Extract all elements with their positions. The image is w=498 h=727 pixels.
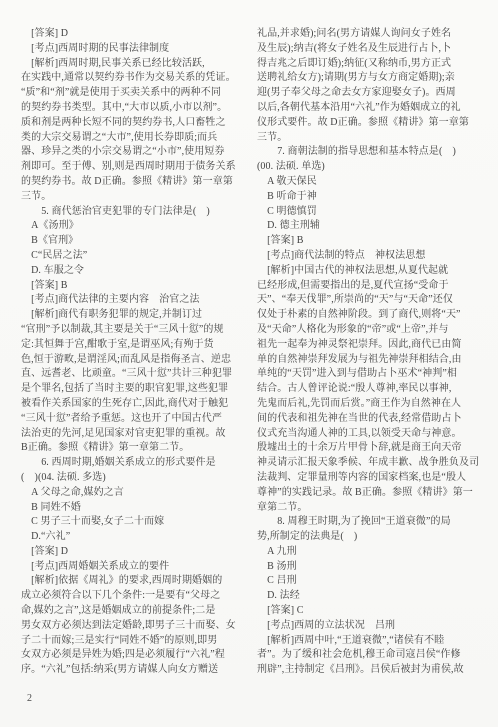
text-line: 殷墟出土的十余万片甲骨卜辞,就是商王向天帝: [257, 441, 487, 456]
text-line: [解析]中国古代的神权法思想,从夏代起就: [257, 264, 487, 279]
text-line: D. 车服之令: [21, 264, 251, 279]
text-line: [解析]西周中叶,“王道衰微”,“诸侯有不睦: [257, 634, 487, 649]
text-line: 剂即可。至于傅、别,则是西周时期用于债务关系: [21, 160, 251, 175]
text-line: 8. 周穆王时期,为了挽回“王道衰微”的局: [257, 515, 487, 530]
text-line: [考点]商代法制的特点 神权法思想: [257, 249, 487, 264]
book-page: [答案] D [考点]西周时期的民事法律制度 [解析]西周时期,民事关系已经比较…: [0, 0, 498, 727]
text-line: B正确。参照《精讲》第一章第二节。: [21, 441, 251, 456]
text-line: 结合。古人曾评论说:“殷人尊神,率民以事神,: [257, 382, 487, 397]
text-line: 祖先一起奉为神灵祭祀崇拜。因此,商代已由简: [257, 338, 487, 353]
text-line: A 敬天保民: [257, 175, 487, 190]
text-line: [答案] D: [21, 545, 251, 560]
text-line: 6. 西周时期,婚姻关系成立的形式要件是: [21, 456, 251, 471]
text-line: [考点]西周的立法状况 吕刑: [257, 619, 487, 634]
text-line: [解析]西周时期,民事关系已经比较活跃,: [21, 57, 251, 72]
text-line: 尊神”的实践记录。故 B正确。参照《精讲》第一: [257, 486, 487, 501]
text-line: 成立必须符合以下几个条件:一是要有“父母之: [21, 589, 251, 604]
text-line: [解析]依据《周礼》的要求,西周时期婚姻的: [21, 574, 251, 589]
text-line: 定:其恒舞于宫,酣歌于室,是谓巫风;有殉于货: [21, 338, 251, 353]
text-line: 命,媒妁之言”,这是婚姻成立的前提条件;二是: [21, 604, 251, 619]
text-line: 三节。: [21, 190, 251, 205]
text-line: 神灵请示汇报天象季候、年成丰歉、战争胜负及司: [257, 456, 487, 471]
text-line: A 父母之命,媒妁之言: [21, 486, 251, 501]
text-line: C 男子三十而娶,女子二十而嫁: [21, 515, 251, 530]
text-column-right: 礼品,并求婚);问名(男方请媒人询问女子姓名及生辰);纳吉(将女子姓名及生辰进行…: [257, 27, 487, 678]
text-line: 送聘礼给女方);请期(男方与女方商定婚期);亲: [257, 71, 487, 86]
text-line: B 听命于神: [257, 190, 487, 205]
text-line: [答案] B: [257, 234, 487, 249]
text-line: 的契约券书类型。其中,“大市以质,小市以剂”。: [21, 101, 251, 116]
text-line: 已经形成,但需要指出的是,夏代宣扬“受命于: [257, 279, 487, 294]
text-line: 是个罪名,包括了当时主要的职官犯罪,这些犯罪: [21, 382, 251, 397]
text-line: [答案] D: [21, 27, 251, 42]
text-line: C 明德慎罚: [257, 205, 487, 220]
text-line: [考点]商代法律的主要内容 治官之法: [21, 293, 251, 308]
text-line: 7. 商朝法制的指导思想和基本特点是( ): [257, 145, 487, 160]
text-line: 序。“六礼”包括:纳采(男方请媒人向女方赠送: [21, 663, 251, 678]
text-line: [考点]西周时期的民事法律制度: [21, 42, 251, 57]
text-line: 仅处于朴素的自然神阶段。到了商代,则将“天”: [257, 308, 487, 323]
text-line: C“民居之法”: [21, 249, 251, 264]
text-line: D.“六礼”: [21, 530, 251, 545]
text-line: 在实践中,通常以契约券书作为交易关系的凭证。: [21, 71, 251, 86]
text-line: 子二十而嫁;三是实行“同姓不婚”的原则,即男: [21, 634, 251, 649]
text-line: 仪形式要件。故 D正确。参照《精讲》第一章第: [257, 116, 487, 131]
text-line: “三风十愆”者给予重惩。这也开了中国古代严: [21, 412, 251, 427]
text-line: 色,恒于游畋,是谓淫风;而乱风是指侮圣言、逆忠: [21, 353, 251, 368]
text-line: 刑辟”,主持制定《吕刑》。吕侯后被封为甫侯,故: [257, 663, 487, 678]
text-line: 器、珍异之类的小宗交易谓之“小市”,使用短券: [21, 145, 251, 160]
text-line: “质”和“剂”就是使用于买卖关系中的两种不同: [21, 86, 251, 101]
text-line: 女双方必须是异姓为婚;四是必须履行“六礼”程: [21, 648, 251, 663]
text-line: 男女双方必须达到法定婚龄,即男子三十而娶、女: [21, 619, 251, 634]
text-line: C 吕刑: [257, 574, 487, 589]
text-line: 者”。为了缓和社会危机,穆王命司寇吕侯“作修: [257, 648, 487, 663]
text-line: B 汤刑: [257, 560, 487, 575]
text-line: A《汤刑》: [21, 219, 251, 234]
text-line: 被看作关系国家的生死存亡,因此,商代对于触犯: [21, 397, 251, 412]
text-line: A 九刑: [257, 545, 487, 560]
page-number: 2: [27, 693, 32, 704]
text-line: 得吉兆之后即订婚);纳征(又称纳币,男方正式: [257, 57, 487, 72]
text-line: 法治吏的先河,足见国家对官吏犯罪的重视。故: [21, 427, 251, 442]
text-line: (00. 法硕. 单选): [257, 160, 487, 175]
text-line: 以后,各朝代基本沿用“六礼”作为婚姻成立的礼: [257, 101, 487, 116]
text-line: 类的大宗交易谓之“大市”,使用长券即质;而兵: [21, 131, 251, 146]
text-line: 及生辰);纳吉(将女子姓名及生辰进行占卜,卜: [257, 42, 487, 57]
text-line: 直、远耆老、比顽童。“三风十愆”共计三种犯罪: [21, 367, 251, 382]
text-line: [考点]西周婚姻关系成立的要件: [21, 560, 251, 575]
text-line: 质和剂是两种长短不同的契约券书,人口畜牲之: [21, 116, 251, 131]
text-line: D. 法经: [257, 589, 487, 604]
text-line: 仪式充当沟通人神的工具,以领受天命与神意。: [257, 427, 487, 442]
text-line: B《官刑》: [21, 234, 251, 249]
text-line: 先鬼而后礼,先罚而后赏。”商王作为自然神在人: [257, 397, 487, 412]
text-line: B 同姓不婚: [21, 501, 251, 516]
text-line: ( )(04. 法硕. 多选): [21, 471, 251, 486]
text-line: 及“天命”人格化为形象的“帝”或“上帝”,并与: [257, 323, 487, 338]
text-line: 5. 商代惩治官吏犯罪的专门法律是( ): [21, 205, 251, 220]
text-line: 单纯的“天罚”进入到与借助占卜巫术“神判”相: [257, 367, 487, 382]
text-column-left: [答案] D [考点]西周时期的民事法律制度 [解析]西周时期,民事关系已经比较…: [21, 27, 251, 678]
text-line: [答案] B: [21, 279, 251, 294]
text-line: 迎(男子奉父母之命去女方家迎娶女子)。西周: [257, 86, 487, 101]
text-line: 的契约券书。故 D正确。参照《精讲》第一章第: [21, 175, 251, 190]
text-line: 法裁判、定罪量刑等内容的国家档案,也是“殷人: [257, 471, 487, 486]
text-line: 单的自然神崇拜发展为与祖先神崇拜相结合,由: [257, 353, 487, 368]
text-line: 三节。: [257, 131, 487, 146]
text-line: 章第二节。: [257, 501, 487, 516]
text-line: [答案] C: [257, 604, 487, 619]
text-line: 天”、“奉天伐罪”,所崇尚的“天”与“天命”还仅: [257, 293, 487, 308]
text-line: 礼品,并求婚);问名(男方请媒人询问女子姓名: [257, 27, 487, 42]
text-line: D. 德主刑辅: [257, 219, 487, 234]
text-line: “官刑”予以制裁,其主要是关于“三风十愆”的规: [21, 323, 251, 338]
text-line: [解析]商代有职务犯罪的规定,并制订过: [21, 308, 251, 323]
text-line: 间的代表和祖先神在当世的代表,经常借助占卜: [257, 412, 487, 427]
text-line: 势,所制定的法典是( ): [257, 530, 487, 545]
